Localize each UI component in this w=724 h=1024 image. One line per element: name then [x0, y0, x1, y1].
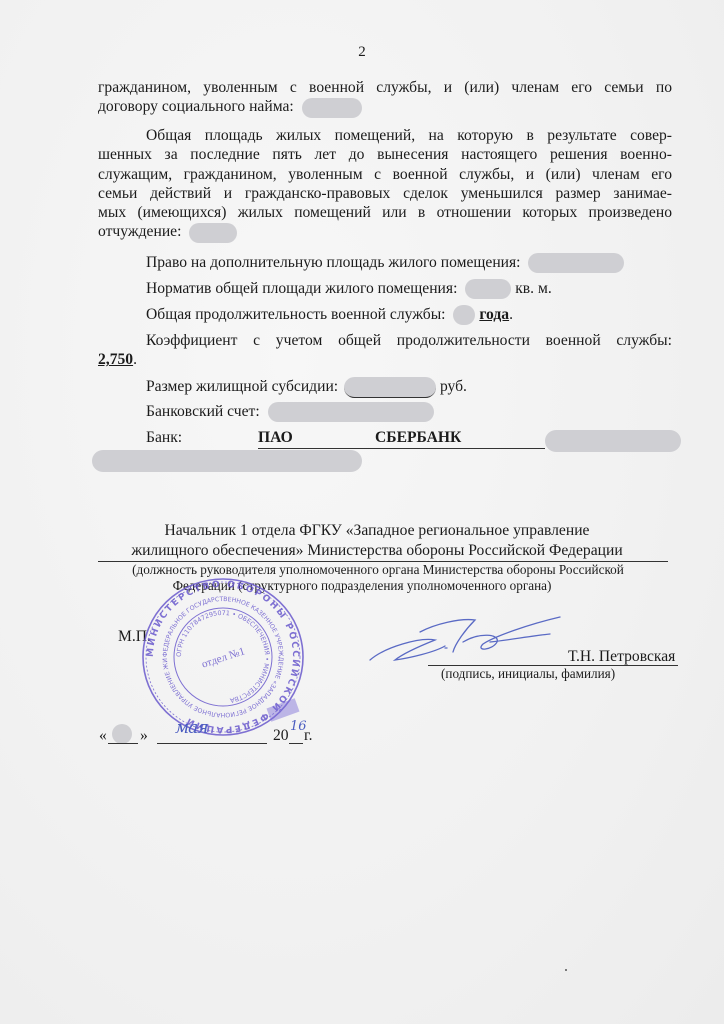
bank-name-part1: ПАО [258, 428, 293, 447]
year-suffix: г. [304, 726, 313, 745]
field-label: Банк: [146, 429, 182, 446]
field-bank-account: Банковский счет: [146, 402, 434, 422]
text-line: служащим, гражданином, уволенным с военн… [98, 165, 672, 184]
position-line-2: жилищного обеспечения» Министерства обор… [0, 542, 724, 560]
paragraph-social-lease: гражданином, уволенным с военной службы,… [98, 78, 672, 117]
field-label: Банковский счет: [146, 403, 260, 420]
coefficient-line: 2,750. [98, 350, 672, 369]
bank-underline [258, 448, 545, 449]
signer-caption: (подпись, инициалы, фамилия) [441, 666, 615, 682]
date-open-quote: « [99, 726, 107, 745]
svg-text:отдел №1: отдел №1 [200, 645, 246, 670]
position-caption-line-1: (должность руководителя уполномоченного … [0, 562, 724, 578]
year-underline [289, 743, 303, 744]
coefficient-value: 2,750 [98, 351, 133, 368]
redacted-value [302, 98, 362, 118]
month-underline [157, 743, 267, 744]
field-service-duration: Общая продолжительность военной службы: … [146, 305, 513, 325]
position-caption-line-2: Федерации (структурного подразделения уп… [0, 578, 724, 594]
field-norm-area: Норматив общей площади жилого помещения:… [146, 279, 552, 299]
page-number: 2 [0, 44, 724, 61]
redacted-day [112, 724, 132, 744]
text-line: гражданином, уволенным с военной службы,… [98, 78, 672, 97]
redacted-value [344, 377, 436, 398]
redacted-value [268, 402, 434, 422]
handwritten-month: мая [175, 718, 208, 738]
redacted-value [92, 450, 362, 472]
redacted-value [528, 253, 624, 273]
bank-name-part2: СБЕРБАНК [375, 428, 461, 447]
redacted-value [189, 223, 237, 243]
field-label: Право на дополнительную площадь жилого п… [146, 254, 521, 271]
text-line-with-redaction: отчуждение: [98, 222, 672, 241]
field-label: Норматив общей площади жилого помещения: [146, 280, 457, 297]
field-label: Общая продолжительность военной службы: [146, 306, 446, 323]
text-line: Общая площадь жилых помещений, на котору… [98, 126, 672, 145]
unit-label: руб. [440, 378, 467, 395]
handwritten-signature [365, 612, 575, 672]
unit-label: года [479, 306, 509, 323]
redacted-value [545, 430, 681, 452]
text-line: шенных за последние пять лет до вынесени… [98, 145, 672, 164]
field-label: Коэффициент с учетом общей продолжительн… [98, 331, 672, 350]
field-bank: Банк: [146, 428, 182, 447]
scan-speck [565, 969, 567, 971]
field-subsidy: Размер жилищной субсидии: руб. [146, 377, 467, 398]
year-prefix: 20 [273, 726, 289, 745]
scanned-page: 2 гражданином, уволенным с военной служб… [0, 0, 724, 1024]
field-label: Размер жилищной субсидии: [146, 378, 338, 395]
field-coefficient: Коэффициент с учетом общей продолжительн… [98, 331, 672, 370]
day-underline [108, 743, 138, 744]
text-line: отчуждение: [98, 223, 181, 240]
signer-name: Т.Н. Петровская [568, 647, 675, 666]
text-line: семьи действий и гражданско-правовых сде… [98, 184, 672, 203]
date-close-quote: » [140, 726, 148, 745]
official-stamp: МИНИСТЕРСТВО ОБОРОНЫ РОССИЙСКОЙ ФЕДЕРАЦИ… [128, 575, 318, 740]
paragraph-alienated-area: Общая площадь жилых помещений, на котору… [98, 126, 672, 242]
text-line: договору социального найма: [98, 98, 294, 115]
redacted-value [453, 305, 475, 325]
text-line: мых (имеющихся) жилых помещений или в от… [98, 203, 672, 222]
unit-label: кв. м. [515, 280, 552, 297]
text-line-with-redaction: договору социального найма: [98, 97, 672, 116]
redacted-value [465, 279, 511, 299]
position-line-1: Начальник 1 отдела ФГКУ «Западное регион… [0, 522, 724, 540]
field-additional-area: Право на дополнительную площадь жилого п… [146, 253, 624, 273]
